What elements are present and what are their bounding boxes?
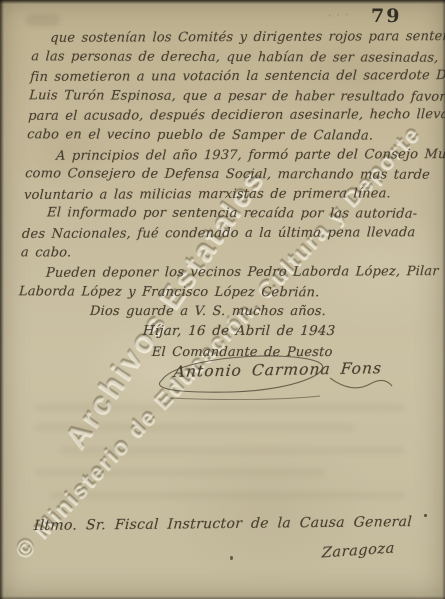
handwritten-line: como Consejero de Defensa Social, marcha… [25,164,443,185]
page-number: 79 [371,5,401,27]
handwritten-line: des Nacionales, fué condenado a la últim… [21,223,439,244]
handwritten-line: a las personas de derecha, que habían de… [31,47,445,68]
addressee-city: Zaragoza [322,540,396,561]
ink-dot [230,556,233,560]
pencil-marks: ··· [328,7,373,22]
addressee-line: Iltmo. Sr. Fiscal Instructor de la Causa… [33,514,412,534]
ink-dot [424,514,427,517]
show-through-smudge [60,447,405,454]
show-through-smudge [34,424,355,431]
signature-name: Antonio Carmona Fons [173,359,383,381]
scan-edge-left [0,0,4,599]
closing-dateline: Híjar, 16 de Abril de 1943 [16,322,434,343]
closing-salute: Dios guarde a V. S. muchos años. [17,302,435,322]
handwritten-line: fin sometieron a una votación la sentenc… [30,66,445,87]
handwritten-line: A principios del año 1937, formó parte d… [26,145,444,166]
show-through-smudge [50,492,405,499]
handwritten-line: Laborda López y Francisco López Cebrián. [18,282,436,303]
handwritten-line: que sostenían los Comités y dirigentes r… [32,27,445,48]
pencil-smudge [26,14,60,26]
handwritten-line: Luis Turón Espinosa, que a pesar de habe… [29,86,445,107]
handwritten-line: a cabo. [20,243,438,264]
scan-edge-top [0,0,445,4]
handwritten-line: para el acusado, después decidieron ases… [28,105,445,126]
handwritten-line: El informado por sentencia recaída por l… [23,204,441,225]
handwritten-line: voluntario a las milicias marxistas de p… [24,184,442,205]
letter-body: que sostenían los Comités y dirigentes r… [15,28,445,363]
scanned-letter-page: Archivos Estatales © Ministerio de Educa… [0,0,445,599]
handwritten-line: cabo en el vecino pueblo de Samper de Ca… [27,125,445,146]
show-through-smudge [34,404,405,411]
show-through-smudge [34,469,325,476]
handwritten-line: Pueden deponer los vecinos Pedro Laborda… [19,262,437,283]
signature-block: Antonio Carmona Fons [140,348,396,400]
